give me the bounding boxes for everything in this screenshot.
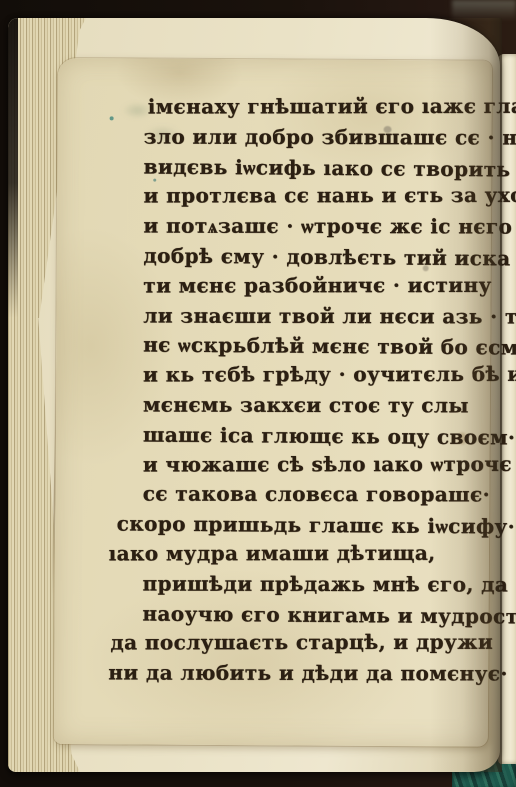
- teal-stain: [110, 116, 114, 120]
- text-line: и кь тєбѣ грѣду · оучитєль бѣ и: [143, 360, 516, 391]
- text-line: пришѣди прѣдажь мнѣ єго, да: [142, 569, 516, 600]
- text-line: сє такова словєса говорашє·: [143, 480, 516, 511]
- text-line: да послушаєть старцѣ, и дружи: [110, 628, 516, 659]
- cover-edge-sliver: [8, 18, 18, 318]
- text-line: зло или добро збившашє сє · набїє: [144, 122, 516, 153]
- text-line: ни да любить и дѣди да помєнує·: [108, 659, 516, 690]
- cover-highlight: [452, 0, 516, 26]
- text-line: ли знаєши твой ли нєси азь · тоти: [143, 301, 516, 332]
- manuscript-leaf: імєнаху гнѣшатий єго ıажє глашє зло или …: [54, 58, 492, 747]
- text-line: імєнаху гнѣшатий єго ıажє глашє: [148, 92, 516, 123]
- text-line: и чюжашє сѣ ѕѣло ıако ѡтрочє: [143, 449, 516, 480]
- manuscript-text: імєнаху гнѣшатий єго ıажє глашє зло или …: [142, 93, 516, 690]
- text-line: ти мєнє разбойничє · истину: [143, 271, 516, 302]
- text-line: мєнємь закхєи стоє ту слы: [143, 390, 516, 421]
- text-line: и протлєва сє нань и єть за ухо: [143, 181, 516, 212]
- text-line: шашє іса глющє кь оцу своєм·: [143, 420, 516, 453]
- text-line: ıако мудра имаши дѣтища,: [109, 539, 516, 570]
- text-line: и потѧзашє · ѡтрочє жє іс нєго: [143, 212, 516, 243]
- book-photo: імєнаху гнѣшатий єго ıажє глашє зло или …: [0, 0, 516, 787]
- text-line: добрѣ єму · довлѣєть тий иска: [143, 242, 516, 275]
